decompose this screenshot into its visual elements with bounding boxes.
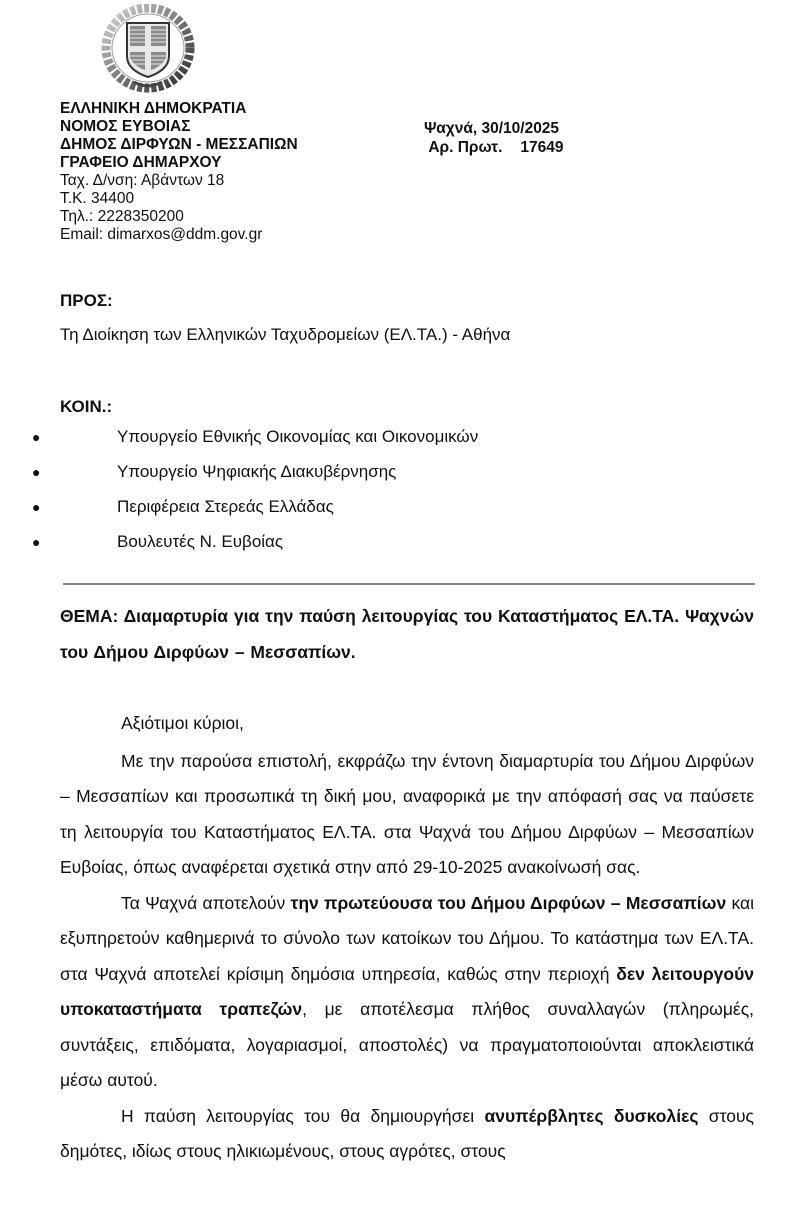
- bullet-icon: ●: [32, 499, 40, 515]
- protocol-line: Αρ. Πρωτ.17649: [424, 138, 564, 157]
- bold-run: την πρωτεύουσα του Δήμου Διρφύων – Μεσσα…: [291, 893, 727, 913]
- bullet-icon: ●: [32, 534, 40, 550]
- cc-item-text: Βουλευτές Ν. Ευβοίας: [117, 532, 283, 552]
- bold-run: ανυπέρβλητες δυσκολίες: [484, 1106, 698, 1126]
- paragraph-2: Τα Ψαχνά αποτελούν την πρωτεύουσα του Δή…: [60, 886, 754, 1099]
- protocol-label: Αρ. Πρωτ.: [428, 139, 502, 156]
- cc-item-text: Υπουργείο Εθνικής Οικονομίας και Οικονομ…: [117, 427, 478, 447]
- separator-line: [63, 583, 755, 585]
- letter-page: ΕΛΛΗΝΙΚΗ ΔΗΜΟΚΡΑΤΙΑ ΝΟΜΟΣ ΕΥΒΟΙΑΣ ΔΗΜΟΣ …: [0, 0, 789, 1224]
- paragraph-3: Η παύση λειτουργίας του θα δημιουργήσει …: [60, 1099, 754, 1170]
- place-date: Ψαχνά, 30/10/2025: [424, 119, 564, 138]
- cc-item-text: Υπουργείο Ψηφιακής Διακυβέρνησης: [117, 462, 396, 482]
- sender-line: ΕΛΛΗΝΙΚΗ ΔΗΜΟΚΡΑΤΙΑ: [60, 100, 298, 118]
- text-run: Η παύση λειτουργίας του θα δημιουργήσει: [121, 1106, 484, 1126]
- sender-line: ΝΟΜΟΣ ΕΥΒΟΙΑΣ: [60, 118, 298, 136]
- greek-coat-of-arms-icon: [100, 4, 196, 94]
- cc-list: ● Υπουργείο Εθνικής Οικονομίας και Οικον…: [0, 427, 789, 567]
- cc-item-text: Περιφέρεια Στερεάς Ελλάδας: [117, 497, 334, 517]
- sender-email: Email: dimarxos@ddm.gov.gr: [60, 226, 298, 244]
- cc-item: ● Περιφέρεια Στερεάς Ελλάδας: [0, 497, 789, 532]
- protocol-number: 17649: [520, 138, 563, 157]
- text-run: Τα Ψαχνά αποτελούν: [121, 893, 291, 913]
- cc-label: ΚΟΙΝ.:: [60, 397, 112, 417]
- sender-phone: Τηλ.: 2228350200: [60, 208, 298, 226]
- cc-item: ● Βουλευτές Ν. Ευβοίας: [0, 532, 789, 567]
- letter-meta: Ψαχνά, 30/10/2025 Αρ. Πρωτ.17649: [424, 119, 564, 157]
- recipient-label: ΠΡΟΣ:: [60, 291, 113, 311]
- sender-line: ΔΗΜΟΣ ΔΙΡΦΥΩΝ - ΜΕΣΣΑΠΙΩΝ: [60, 136, 298, 154]
- bullet-icon: ●: [32, 429, 40, 445]
- recipient-value: Τη Διοίκηση των Ελληνικών Ταχυδρομείων (…: [60, 325, 510, 345]
- bullet-icon: ●: [32, 464, 40, 480]
- paragraph-1: Με την παρούσα επιστολή, εκφράζω την έντ…: [60, 744, 754, 886]
- sender-block: ΕΛΛΗΝΙΚΗ ΔΗΜΟΚΡΑΤΙΑ ΝΟΜΟΣ ΕΥΒΟΙΑΣ ΔΗΜΟΣ …: [60, 100, 298, 244]
- cc-item: ● Υπουργείο Ψηφιακής Διακυβέρνησης: [0, 462, 789, 497]
- sender-postal-code: Τ.Κ. 34400: [60, 190, 298, 208]
- salutation: Αξιότιμοι κύριοι,: [60, 706, 754, 742]
- subject-line: ΘΕΜΑ: Διαμαρτυρία για την παύση λειτουργ…: [60, 598, 754, 670]
- sender-address: Ταχ. Δ/νση: Αβάντων 18: [60, 172, 298, 190]
- cc-item: ● Υπουργείο Εθνικής Οικονομίας και Οικον…: [0, 427, 789, 462]
- sender-line: ΓΡΑΦΕΙΟ ΔΗΜΑΡΧΟΥ: [60, 154, 298, 172]
- letter-body: Αξιότιμοι κύριοι, Με την παρούσα επιστολ…: [60, 706, 754, 1170]
